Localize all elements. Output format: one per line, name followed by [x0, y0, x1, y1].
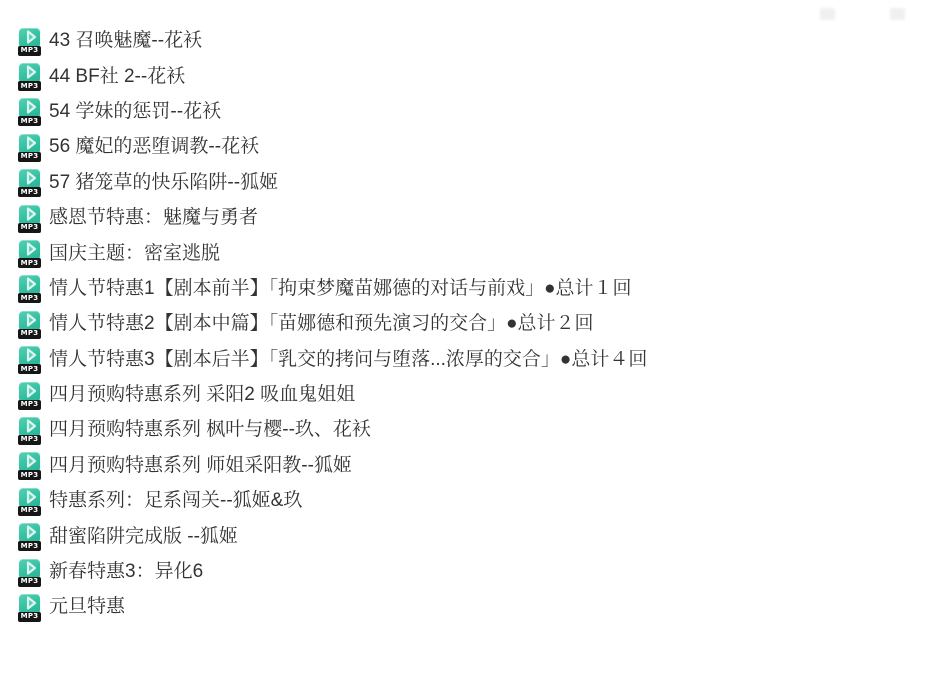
play-icon — [19, 417, 40, 437]
play-icon — [19, 382, 40, 402]
list-item[interactable]: MP3 四月预购特惠系列 枫叶与樱--玖、花袄 — [18, 413, 951, 448]
list-item[interactable]: MP3 57 猪笼草的快乐陷阱--狐姬 — [18, 166, 951, 201]
list-item[interactable]: MP3 特惠系列：足系闯关--狐姬&玖 — [18, 484, 951, 519]
file-name: 43 召唤魅魔--花袄 — [49, 31, 202, 52]
list-item[interactable]: MP3 国庆主题：密室逃脱 — [18, 236, 951, 271]
mp3-format-label: MP3 — [18, 152, 41, 162]
mp3-file-icon: MP3 — [18, 205, 41, 233]
mp3-file-icon: MP3 — [18, 594, 41, 622]
file-name: 四月预购特惠系列 师姐采阳教--狐姬 — [49, 456, 352, 477]
mp3-format-label: MP3 — [18, 541, 41, 551]
mp3-file-icon: MP3 — [18, 98, 41, 126]
file-name: 情人节特惠1【剧本前半】「拘束梦魔苗娜德的对话与前戏」●总计１回 — [49, 279, 632, 300]
play-icon — [19, 28, 40, 48]
mp3-format-label: MP3 — [18, 470, 41, 480]
file-name: 新春特惠3：异化6 — [49, 562, 203, 583]
mp3-format-label: MP3 — [18, 258, 41, 268]
faint-smudge — [890, 8, 905, 20]
file-name: 四月预购特惠系列 枫叶与樱--玖、花袄 — [49, 420, 371, 441]
mp3-file-icon: MP3 — [18, 346, 41, 374]
mp3-format-label: MP3 — [18, 293, 41, 303]
play-icon — [19, 169, 40, 189]
mp3-format-label: MP3 — [18, 223, 41, 233]
list-item[interactable]: MP3 情人节特惠3【剧本后半】「乳交的拷问与堕落...浓厚的交合」●总计４回 — [18, 343, 951, 378]
play-icon — [19, 523, 40, 543]
mp3-format-label: MP3 — [18, 364, 41, 374]
list-item[interactable]: MP3 四月预购特惠系列 师姐采阳教--狐姬 — [18, 449, 951, 484]
mp3-file-icon: MP3 — [18, 240, 41, 268]
play-icon — [19, 134, 40, 154]
mp3-format-label: MP3 — [18, 400, 41, 410]
mp3-format-label: MP3 — [18, 612, 41, 622]
play-icon — [19, 63, 40, 83]
mp3-format-label: MP3 — [18, 187, 41, 197]
file-name: 特惠系列：足系闯关--狐姬&玖 — [49, 491, 302, 512]
mp3-file-icon: MP3 — [18, 559, 41, 587]
list-item[interactable]: MP3 43 召唤魅魔--花袄 — [18, 24, 951, 59]
mp3-file-icon: MP3 — [18, 311, 41, 339]
mp3-format-label: MP3 — [18, 46, 41, 56]
list-item[interactable]: MP3 44 BF社 2--花袄 — [18, 59, 951, 94]
list-item[interactable]: MP3 甜蜜陷阱完成版 --狐姬 — [18, 519, 951, 554]
mp3-file-icon: MP3 — [18, 134, 41, 162]
mp3-file-icon: MP3 — [18, 28, 41, 56]
file-name: 甜蜜陷阱完成版 --狐姬 — [49, 527, 238, 548]
file-name: 四月预购特惠系列 采阳2 吸血鬼姐姐 — [49, 385, 355, 406]
mp3-format-label: MP3 — [18, 329, 41, 339]
list-item[interactable]: MP3 四月预购特惠系列 采阳2 吸血鬼姐姐 — [18, 378, 951, 413]
play-icon — [19, 98, 40, 118]
file-name: 54 学妹的惩罚--花袄 — [49, 102, 221, 123]
faint-smudge — [820, 8, 835, 20]
file-name: 国庆主题：密室逃脱 — [49, 244, 220, 265]
play-icon — [19, 275, 40, 295]
play-icon — [19, 346, 40, 366]
play-icon — [19, 205, 40, 225]
mp3-format-label: MP3 — [18, 577, 41, 587]
list-item[interactable]: MP3 情人节特惠2【剧本中篇】「苗娜德和预先演习的交合」●总计２回 — [18, 307, 951, 342]
play-icon — [19, 559, 40, 579]
file-name: 情人节特惠2【剧本中篇】「苗娜德和预先演习的交合」●总计２回 — [49, 314, 594, 335]
mp3-file-icon: MP3 — [18, 275, 41, 303]
mp3-file-icon: MP3 — [18, 452, 41, 480]
mp3-format-label: MP3 — [18, 435, 41, 445]
list-item[interactable]: MP3 新春特惠3：异化6 — [18, 555, 951, 590]
mp3-file-icon: MP3 — [18, 169, 41, 197]
file-list: MP3 43 召唤魅魔--花袄 MP3 44 BF社 2--花袄 MP3 54 … — [18, 24, 951, 626]
mp3-format-label: MP3 — [18, 81, 41, 91]
file-name: 元旦特惠 — [49, 597, 125, 618]
file-name: 44 BF社 2--花袄 — [49, 67, 185, 88]
mp3-format-label: MP3 — [18, 506, 41, 516]
mp3-file-icon: MP3 — [18, 488, 41, 516]
list-item[interactable]: MP3 56 魔妃的恶堕调教--花袄 — [18, 130, 951, 165]
file-name: 56 魔妃的恶堕调教--花袄 — [49, 137, 259, 158]
mp3-file-icon: MP3 — [18, 417, 41, 445]
mp3-file-icon: MP3 — [18, 63, 41, 91]
list-item[interactable]: MP3 感恩节特惠：魅魔与勇者 — [18, 201, 951, 236]
play-icon — [19, 488, 40, 508]
file-list-page: MP3 43 召唤魅魔--花袄 MP3 44 BF社 2--花袄 MP3 54 … — [0, 0, 951, 676]
mp3-file-icon: MP3 — [18, 523, 41, 551]
list-item[interactable]: MP3 54 学妹的惩罚--花袄 — [18, 95, 951, 130]
play-icon — [19, 311, 40, 331]
mp3-file-icon: MP3 — [18, 382, 41, 410]
file-name: 情人节特惠3【剧本后半】「乳交的拷问与堕落...浓厚的交合」●总计４回 — [49, 350, 647, 371]
list-item[interactable]: MP3 情人节特惠1【剧本前半】「拘束梦魔苗娜德的对话与前戏」●总计１回 — [18, 272, 951, 307]
mp3-format-label: MP3 — [18, 116, 41, 126]
list-item[interactable]: MP3 元旦特惠 — [18, 590, 951, 625]
play-icon — [19, 240, 40, 260]
play-icon — [19, 594, 40, 614]
file-name: 57 猪笼草的快乐陷阱--狐姬 — [49, 173, 278, 194]
play-icon — [19, 452, 40, 472]
file-name: 感恩节特惠：魅魔与勇者 — [49, 208, 258, 229]
